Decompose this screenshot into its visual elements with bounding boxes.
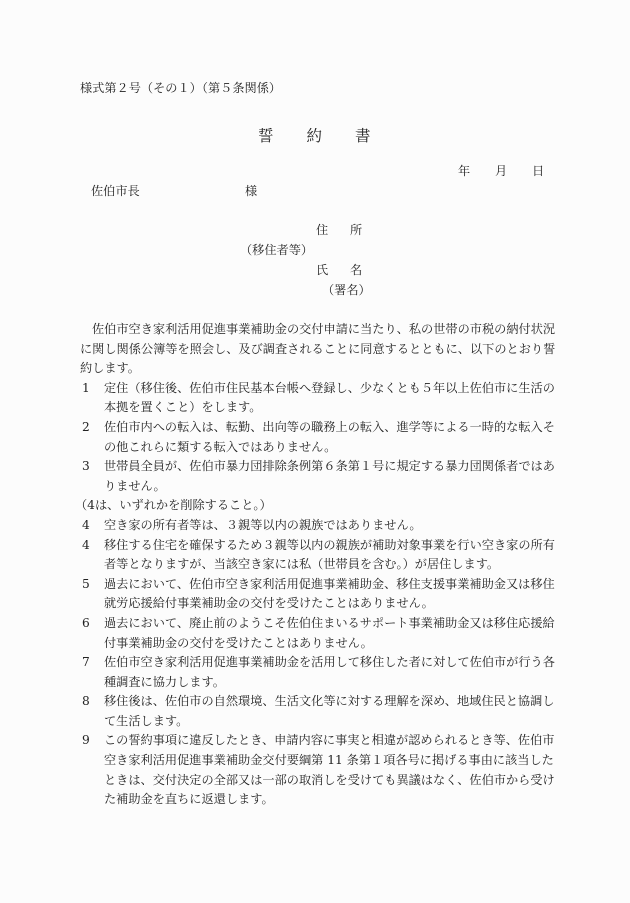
item-text: 空き家の所有者等は、３親等以内の親族ではありません。 [104,516,560,536]
item-text: 佐伯市空き家利活用促進事業補助金を活用して移住した者に対して佐伯市が行う各種調査… [104,653,560,692]
addressee: 佐伯市長 [91,184,140,198]
item-number: 5 [80,575,104,614]
pledge-item: 4空き家の所有者等は、３親等以内の親族ではありません。 [80,516,560,536]
item-text: 定住（移住後、佐伯市住民基本台帳へ登録し、少なくとも５年以上佐伯市に生活の本拠を… [104,379,560,418]
address-label: 住所 [316,223,384,237]
item-number: 4 [80,516,104,536]
pledge-item: 9この誓約事項に違反したとき、申請内容に事実と相違が認められるとき等、佐伯市空き… [80,731,560,809]
address-label-char: 住 [316,223,350,237]
pledge-item: 4移住する住宅を確保するため３親等以内の親族が補助対象事業を行い空き家の所有者等… [80,536,560,575]
date-month-label: 月 [495,164,532,178]
title-char: 書 [355,129,371,143]
date-day-label: 日 [532,164,569,178]
pledge-item: 7佐伯市空き家利活用促進事業補助金を活用して移住した者に対して佐伯市が行う各種調… [80,653,560,692]
item-text: 世帯員全員が、佐伯市暴力団排除条例第６条第１号に規定する暴力団関係者ではありませ… [104,457,560,496]
pledge-item: 3世帯員全員が、佐伯市暴力団排除条例第６条第１号に規定する暴力団関係者ではありま… [80,457,560,496]
name-label-char: 名 [350,263,384,277]
applicant-role: （移住者等） [240,243,313,257]
name-label: 氏名 [316,263,384,277]
item-number: 9 [80,731,104,809]
date-field: 年月日 [458,164,569,178]
date-year-label: 年 [458,164,495,178]
item-number: 7 [80,653,104,692]
item-text: 佐伯市内への転入は、転勤、出向等の職務上の転入、進学等による一時的な転入その他こ… [104,418,560,457]
address-label-char: 所 [350,223,384,237]
item-number: 2 [80,418,104,457]
intro-paragraph: 佐伯市空き家利活用促進事業補助金の交付申請に当たり、私の世帯の市税の納付状況に関… [80,320,560,379]
name-label-char: 氏 [316,263,350,277]
honorific: 様 [245,184,257,198]
item-number: 4 [80,536,104,575]
signature-label: （署名） [322,283,371,297]
item-text: この誓約事項に違反したとき、申請内容に事実と相違が認められるとき等、佐伯市空き家… [104,731,560,809]
pledge-item: 5過去において、佐伯市空き家利活用促進事業補助金、移住支援事業補助金又は移住就労… [80,575,560,614]
pledge-item: 1定住（移住後、佐伯市住民基本台帳へ登録し、少なくとも５年以上佐伯市に生活の本拠… [80,379,560,418]
deletion-note: （4は、いずれかを削除すること。） [75,496,560,516]
form-number: 様式第２号（その１）（第５条関係） [80,81,281,95]
item-text: 移住する住宅を確保するため３親等以内の親族が補助対象事業を行い空き家の所有者等と… [104,536,560,575]
pledge-item: 6過去において、廃止前のようこそ佐伯住まいるサポート事業補助金又は移住応援給付事… [80,614,560,653]
pledge-body: 佐伯市空き家利活用促進事業補助金の交付申請に当たり、私の世帯の市税の納付状況に関… [80,320,560,810]
title-char: 誓 [258,129,274,143]
item-number: 1 [80,379,104,418]
item-number: 6 [80,614,104,653]
pledge-item: 8移住後は、佐伯市の自然環境、生活文化等に対する理解を深め、地域住民と協調して生… [80,692,560,731]
item-number: 8 [80,692,104,731]
document-title: 誓約書 [258,129,404,143]
item-number: 3 [80,457,104,496]
item-text: 過去において、廃止前のようこそ佐伯住まいるサポート事業補助金又は移住応援給付事業… [104,614,560,653]
item-text: 移住後は、佐伯市の自然環境、生活文化等に対する理解を深め、地域住民と協調して生活… [104,692,560,731]
title-char: 約 [307,129,323,143]
pledge-item: 2佐伯市内への転入は、転勤、出向等の職務上の転入、進学等による一時的な転入その他… [80,418,560,457]
item-text: 過去において、佐伯市空き家利活用促進事業補助金、移住支援事業補助金又は移住就労応… [104,575,560,614]
